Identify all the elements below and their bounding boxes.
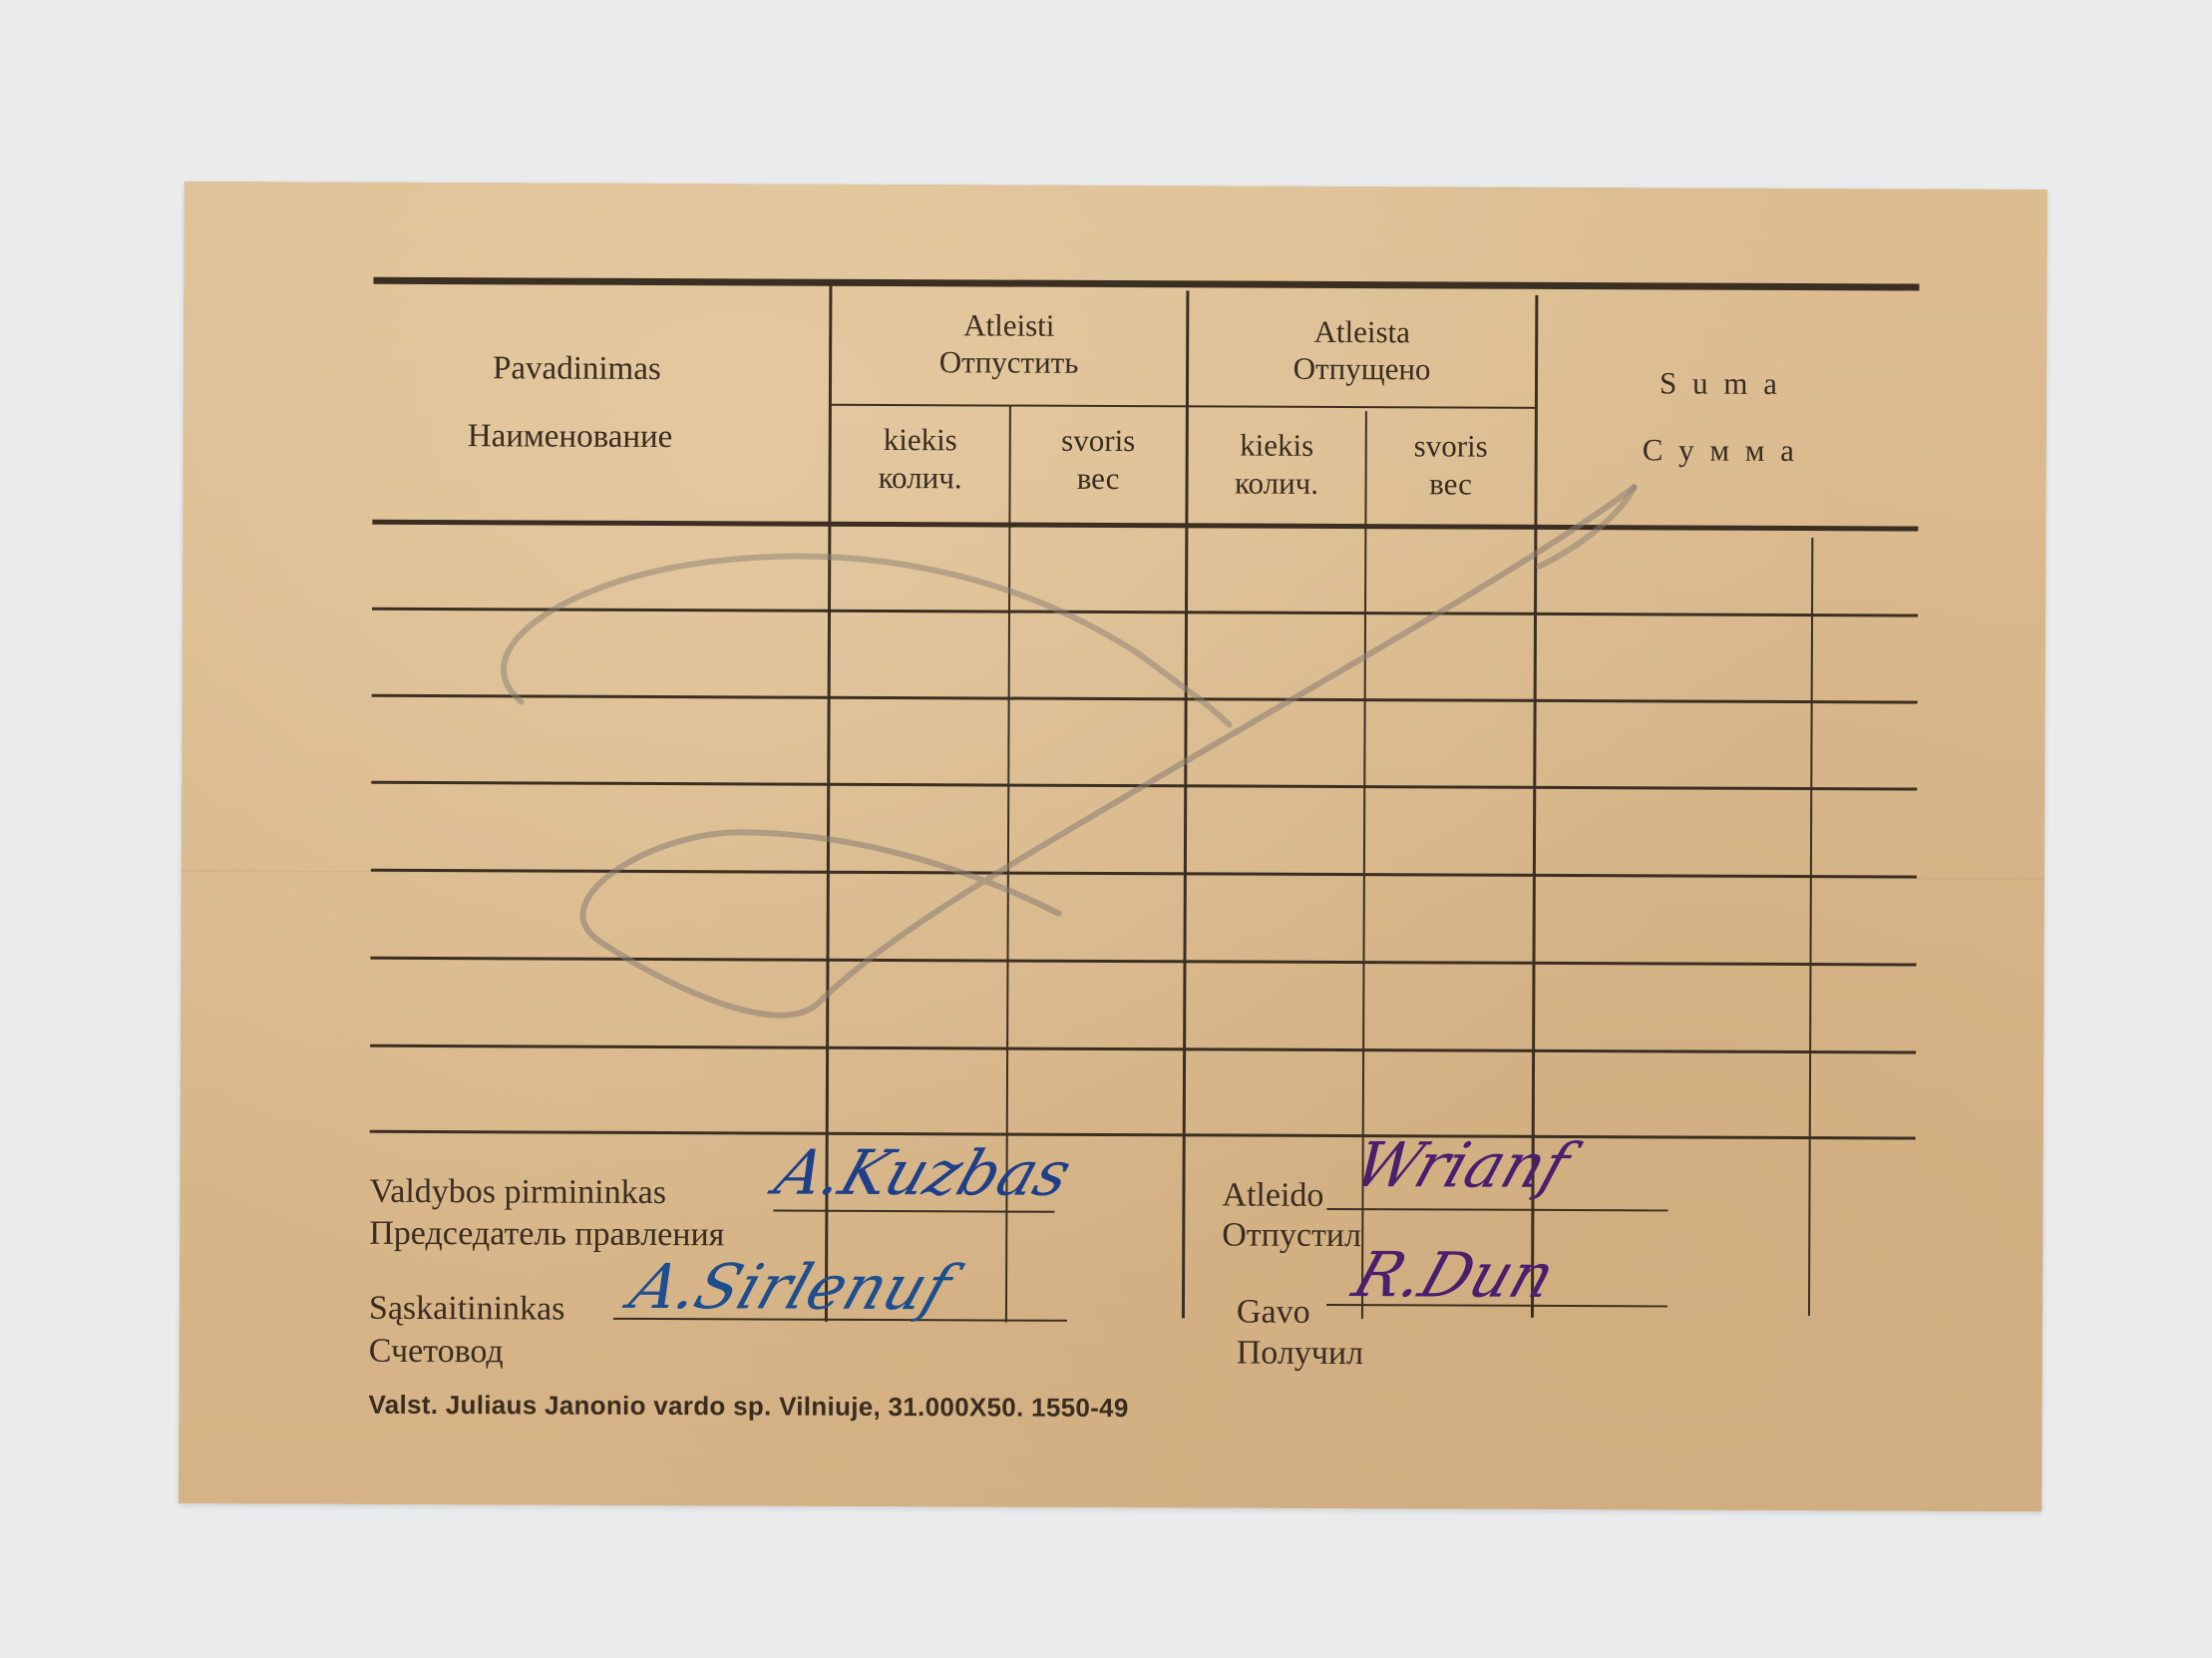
- printer-imprint: Valst. Juliaus Janonio vardo sp. Vilniuj…: [368, 1392, 1128, 1421]
- received-by-signature: R.Dun: [1346, 1244, 1562, 1307]
- released-by-label-ru: Отпустил: [1222, 1218, 1361, 1253]
- released-by-signature: Wrianf: [1346, 1134, 1577, 1197]
- chairman-signature: A.Kuzbas: [768, 1142, 1078, 1205]
- invoice-paper: Pavadinimas Наименование Atleisti Отпуст…: [179, 182, 2047, 1511]
- released-by-label-lt: Atleido: [1222, 1178, 1323, 1212]
- received-by-label-lt: Gavo: [1237, 1296, 1310, 1330]
- chairman-label-ru: Председатель правления: [369, 1217, 724, 1253]
- accountant-signature: A.Sirlenuf: [623, 1256, 958, 1319]
- accountant-label-ru: Счетовод: [369, 1335, 504, 1370]
- accountant-label-lt: Sąskaitininkas: [369, 1292, 565, 1327]
- chairman-label-lt: Valdybos pirmininkas: [369, 1175, 666, 1210]
- received-by-label-ru: Получил: [1237, 1337, 1363, 1372]
